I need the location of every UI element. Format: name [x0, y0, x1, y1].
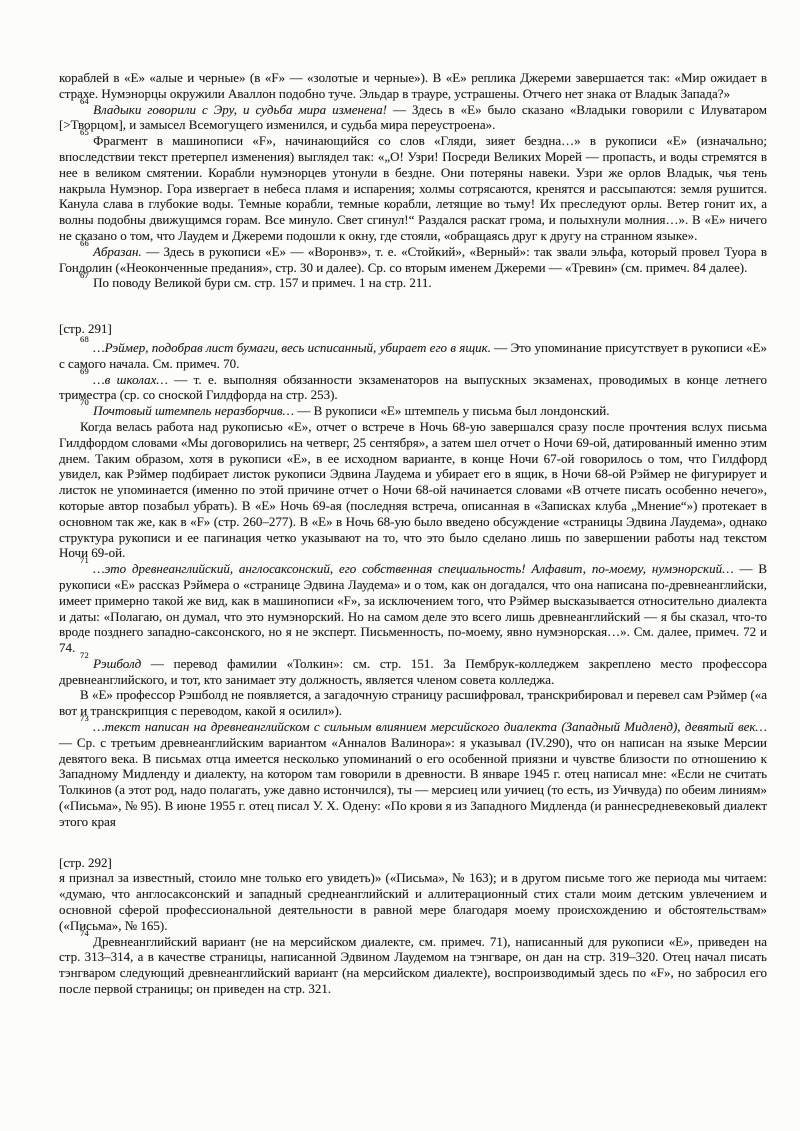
footnote-lemma: …текст написан на древнеанглийском с сил…	[93, 719, 767, 734]
footnote-67: 67По поводу Великой бури см. стр. 157 и …	[59, 275, 767, 291]
paragraph-text: кораблей в «Е» «алые и черные» (в «F» — …	[59, 70, 767, 101]
footnote-74: 74Древнеанглийский вариант (не на мерсий…	[59, 934, 767, 997]
footnote-lemma: Рэшболд	[93, 656, 141, 671]
footnote-lemma: …в школах…	[93, 372, 168, 387]
footnote-body: По поводу Великой бури см. стр. 157 и пр…	[93, 275, 432, 290]
footnote-number: 72	[80, 650, 89, 660]
footnote-72-paragraph-2: В «Е» профессор Рэшболд не появляется, а…	[59, 687, 767, 719]
footnote-body: Древнеанглийский вариант (не на мерсийск…	[59, 934, 767, 996]
footnote-lemma: Владыки говорили с Эру, и судьба мира из…	[93, 102, 387, 117]
page-marker-291: [стр. 291]	[59, 321, 767, 337]
footnote-body: — В рукописи «Е» штемпель у письма был л…	[294, 403, 609, 418]
footnote-66: 66Абразан. — Здесь в рукописи «Е» — «Вор…	[59, 244, 767, 276]
scanned-document-page: кораблей в «Е» «алые и черные» (в «F» — …	[59, 70, 767, 997]
footnote-lemma: …Рэймер, подобрав лист бумаги, весь испи…	[93, 340, 491, 355]
footnote-number: 70	[80, 397, 89, 407]
footnote-71: 71…это древнеанглийский, англосаксонский…	[59, 561, 767, 656]
footnote-68: 68…Рэймер, подобрав лист бумаги, весь ис…	[59, 340, 767, 372]
footnote-body: — Здесь в рукописи «Е» — «Воронвэ», т. е…	[59, 244, 767, 275]
footnote-number: 64	[80, 96, 89, 106]
footnote-lemma: Почтовый штемпель неразборчив…	[93, 403, 294, 418]
footnote-69: 69…в школах… — т. е. выполняя обязанност…	[59, 372, 767, 404]
footnote-number: 69	[80, 366, 89, 376]
footnote-73: 73…текст написан на древнеанглийском с с…	[59, 719, 767, 830]
paragraph-text: Когда велась работа над рукописью «Е», о…	[59, 419, 767, 560]
footnote-lemma: Абразан.	[93, 244, 142, 259]
paragraph-continuation-292: я признал за известный, стоило мне тольк…	[59, 870, 767, 933]
footnote-number: 66	[80, 238, 89, 248]
footnote-lemma: …это древнеанглийский, англосаксонский, …	[93, 561, 734, 576]
page-marker-292: [стр. 292]	[59, 855, 767, 871]
footnote-number: 74	[80, 928, 89, 938]
page-marker-label: [стр. 292]	[59, 855, 112, 870]
paragraph-text: В «Е» профессор Рэшболд не появляется, а…	[59, 687, 767, 718]
footnote-72: 72Рэшболд — перевод фамилии «Толкин»: см…	[59, 656, 767, 688]
footnote-number: 65	[80, 127, 89, 137]
paragraph-text: я признал за известный, стоило мне тольк…	[59, 870, 767, 932]
paragraph-continuation: кораблей в «Е» «алые и черные» (в «F» — …	[59, 70, 767, 102]
footnote-body: — Ср. с третьим древнеанглийским вариант…	[59, 735, 767, 829]
footnote-number: 68	[80, 334, 89, 344]
footnote-body: Фрагмент в машинописи «F», начинающийся …	[59, 133, 767, 243]
footnote-body: — перевод фамилии «Толкин»: см. стр. 151…	[59, 656, 767, 687]
footnote-number: 71	[80, 555, 89, 565]
footnote-70: 70Почтовый штемпель неразборчив… — В рук…	[59, 403, 767, 419]
paragraph-night-68: Когда велась работа над рукописью «Е», о…	[59, 419, 767, 561]
footnote-number: 67	[80, 270, 89, 280]
footnote-number: 73	[80, 713, 89, 723]
footnote-65: 65Фрагмент в машинописи «F», начинающийс…	[59, 133, 767, 244]
footnote-64: 64Владыки говорили с Эру, и судьба мира …	[59, 102, 767, 134]
